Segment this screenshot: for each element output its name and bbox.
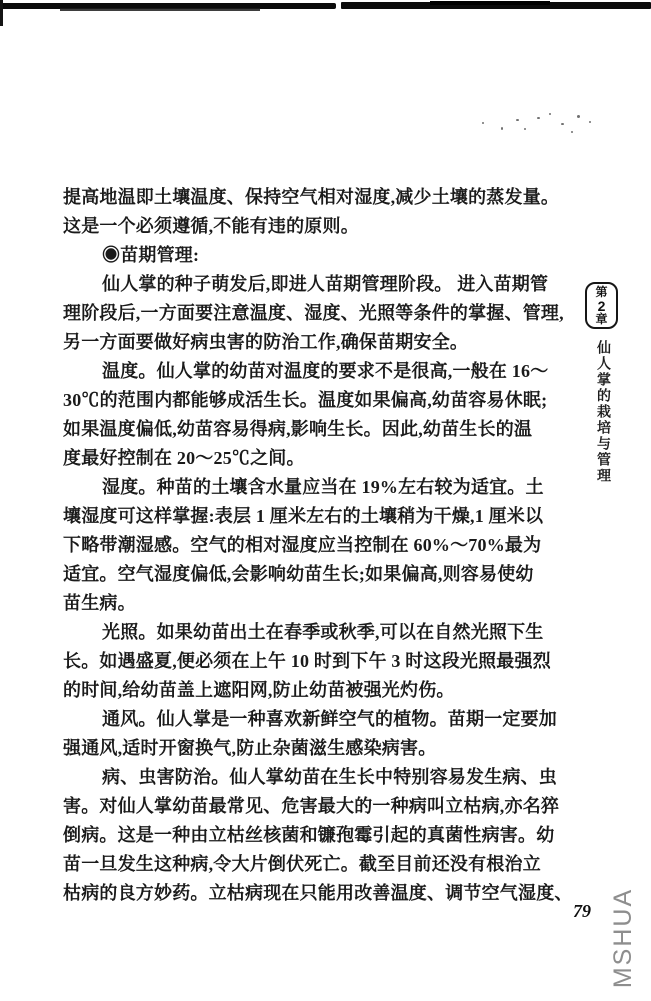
watermark: MSHUA [609, 873, 635, 1001]
text-line: 壤湿度可这样掌握:表层 1 厘米左右的土壤稍为干燥,1 厘米以 [63, 502, 569, 531]
text-line: 强通风,适时开窗换气,防止杂菌滋生感染病害。 [63, 734, 569, 763]
text-line: 温度。仙人掌的幼苗对温度的要求不是很高,一般在 16～ [63, 357, 569, 386]
text-line: 苗一旦发生这种病,令大片倒伏死亡。截至目前还没有根治立 [63, 850, 569, 879]
text-line: 理阶段后,一方面要注意温度、湿度、光照等条件的掌握、管理, [63, 299, 569, 328]
chapter-badge-char: 2 [598, 299, 606, 313]
text-line: 长。如遇盛夏,便必须在上午 10 时到下午 3 时这段光照最强烈 [63, 647, 569, 676]
text-line: 病、虫害防治。仙人掌幼苗在生长中特别容易发生病、虫 [63, 763, 569, 792]
chapter-badge: 第2章 [585, 282, 618, 329]
page-number: 79 [573, 901, 591, 922]
scan-band-segment [430, 1, 550, 5]
text-line: 通风。仙人掌是一种喜欢新鲜空气的植物。苗期一定要加 [63, 705, 569, 734]
chapter-badge-char: 章 [595, 313, 607, 326]
text-line: 的时间,给幼苗盖上遮阳网,防止幼苗被强光灼伤。 [63, 676, 569, 705]
text-line: 仙人掌的种子萌发后,即进人苗期管理阶段。 进入苗期管 [63, 270, 569, 299]
scan-artifact-left-edge [0, 0, 3, 26]
text-line: 如果温度偏低,幼苗容易得病,影响生长。因此,幼苗生长的温 [63, 415, 569, 444]
text-line: 湿度。种苗的土壤含水量应当在 19%左右较为适宜。土 [63, 473, 569, 502]
text-line: 30℃的范围内都能够成活生长。温度如果偏高,幼苗容易休眠; [63, 386, 569, 415]
body-text: 提高地温即土壤温度、保持空气相对湿度,减少土壤的蒸发量。这是一个必须遵循,不能有… [63, 183, 569, 908]
text-line: 另一方面要做好病虫害的防治工作,确保苗期安全。 [63, 328, 569, 357]
text-line: 害。对仙人掌幼苗最常见、危害最大的一种病叫立枯病,亦名猝 [63, 792, 569, 821]
text-line: 枯病的良方妙药。立枯病现在只能用改善温度、调节空气湿度、 [63, 879, 569, 908]
chapter-title: 仙人掌的栽培与管理 [592, 340, 612, 484]
text-line: 光照。如果幼苗出土在春季或秋季,可以在自然光照下生 [63, 618, 569, 647]
text-line: 提高地温即土壤温度、保持空气相对湿度,减少土壤的蒸发量。 [63, 183, 569, 212]
text-line: 苗生病。 [63, 589, 569, 618]
text-line: 适宜。空气湿度偏低,会影响幼苗生长;如果偏高,则容易使幼 [63, 560, 569, 589]
text-line: 倒病。这是一种由立枯丝核菌和镰孢霉引起的真菌性病害。幼 [63, 821, 569, 850]
text-line: 下略带潮湿感。空气的相对湿度应当控制在 60%～70%最为 [63, 531, 569, 560]
scan-band-segment [60, 8, 260, 11]
text-line: 这是一个必须遵循,不能有违的原则。 [63, 212, 569, 241]
text-line: 度最好控制在 20～25℃之间。 [63, 444, 569, 473]
book-page: 提高地温即土壤温度、保持空气相对湿度,减少土壤的蒸发量。这是一个必须遵循,不能有… [0, 0, 651, 1001]
chapter-badge-char: 第 [595, 286, 607, 299]
text-line: ◉苗期管理: [63, 241, 569, 270]
